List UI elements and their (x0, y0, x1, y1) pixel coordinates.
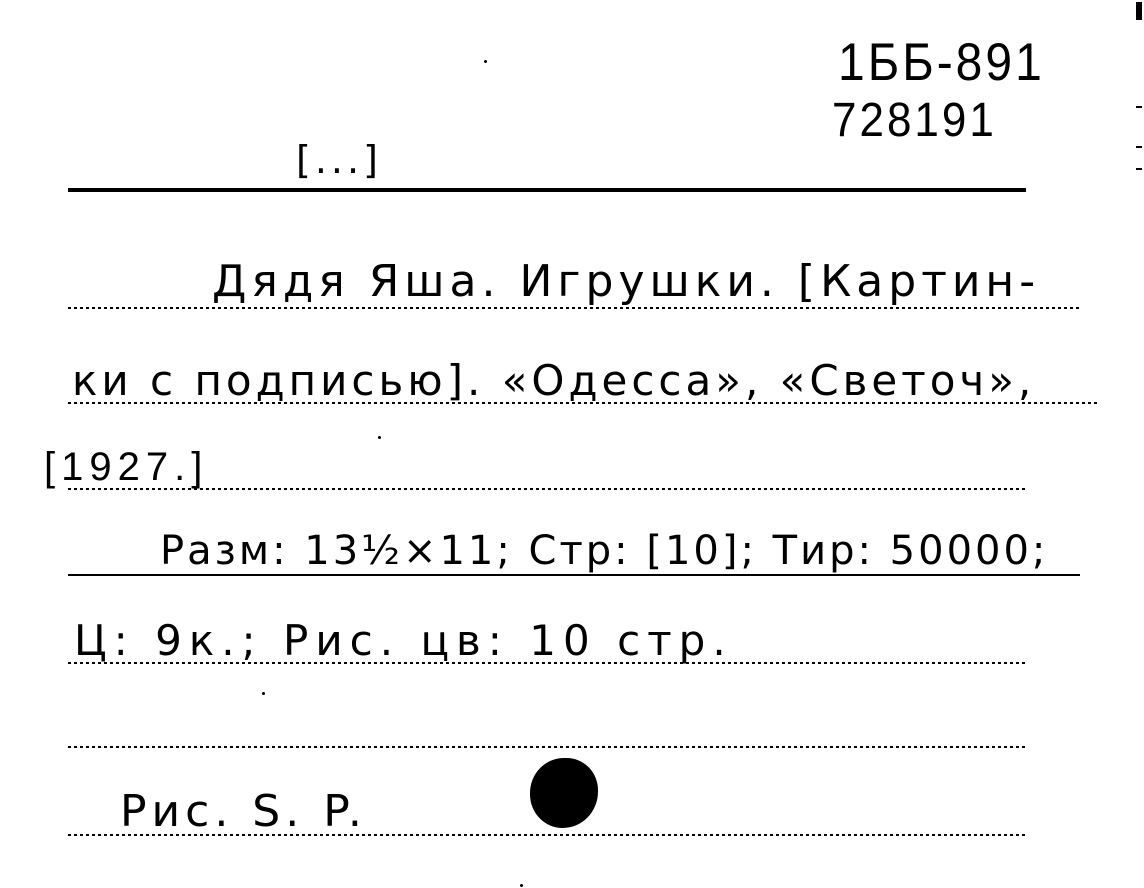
title-line-1: Дядя Яша. Игрушки. [Картин- (212, 256, 1040, 307)
call-number-primary: 1ББ-891 (838, 33, 1045, 94)
ruled-line-7 (68, 834, 1026, 836)
edge-mark (1136, 106, 1142, 108)
ruled-line-1 (68, 307, 1080, 309)
ruled-line-4 (68, 574, 1080, 576)
catalog-card: 1ББ-891 728191 [...] Дядя Яша. Игрушки. … (0, 0, 1144, 888)
card-heading: [...] (296, 138, 382, 182)
title-line-2: ки с подписью]. «Одесса», «Светоч», (72, 356, 1035, 405)
physical-line-2: Ц: 9к.; Рис. цв: 10 стр. (74, 616, 733, 665)
scan-speck (520, 884, 523, 887)
ruled-line-6 (68, 746, 1026, 748)
edge-mark (1136, 2, 1142, 20)
punch-hole (530, 758, 598, 828)
scan-speck (262, 692, 265, 695)
ruled-line-5 (68, 662, 1026, 664)
title-line-3-year: [1927.] (44, 445, 208, 490)
call-number-secondary: 728191 (832, 93, 997, 148)
scan-speck (484, 60, 487, 63)
scan-speck (378, 436, 381, 439)
ruled-line-3 (68, 488, 1026, 490)
physical-line-1: Разм: 13½×11; Стр: [10]; Тир: 50000; (160, 528, 1048, 574)
edge-mark (1136, 146, 1142, 148)
illustrator-note: Рис. S. P. (120, 786, 367, 837)
heading-rule (68, 188, 1026, 192)
edge-mark (1136, 168, 1142, 170)
ruled-line-2 (68, 402, 1098, 404)
